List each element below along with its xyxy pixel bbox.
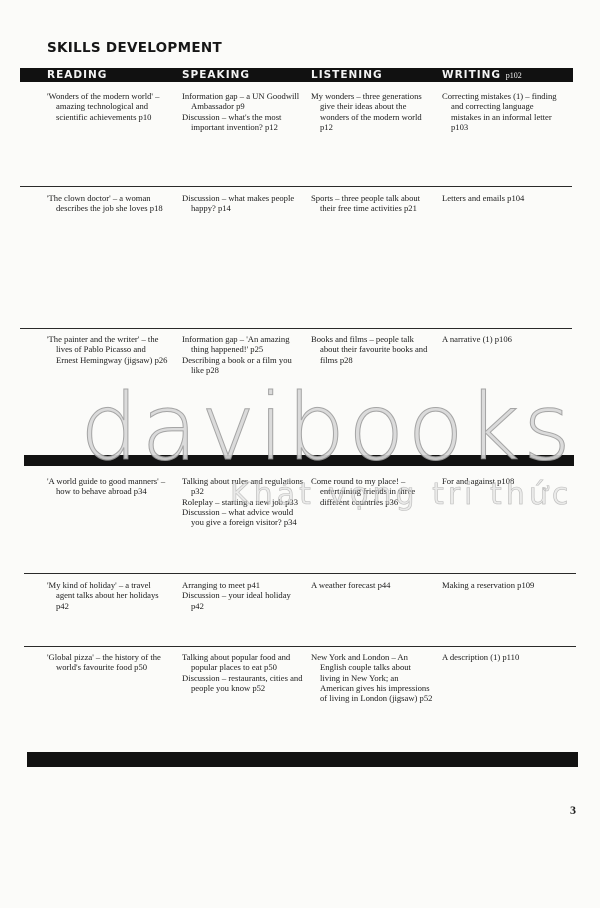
watermark-tagline: Khát vọng tri thức	[230, 480, 572, 510]
section-title: SKILLS DEVELOPMENT	[47, 40, 222, 56]
column-header-bar: READING SPEAKING LISTENING WRITING p102	[20, 68, 573, 82]
entry-text: Books and films – people talk about thei…	[311, 334, 433, 365]
cell-listening: Sports – three people talk about their f…	[311, 193, 433, 214]
cell-reading: 'Global pizza' – the history of the worl…	[47, 652, 169, 673]
entry-text: 'The clown doctor' – a woman describes t…	[47, 193, 169, 214]
entry-text: My wonders – three generations give thei…	[311, 91, 433, 132]
column-header-reading: READING	[47, 68, 107, 82]
entry-text: A narrative (1) p106	[442, 334, 564, 344]
entry-text: 'The painter and the writer' – the lives…	[47, 334, 169, 365]
cell-writing: Making a reservation p109	[442, 580, 564, 590]
row-divider	[24, 646, 576, 647]
footer-bar	[27, 752, 578, 767]
cell-writing: Correcting mistakes (1) – finding and co…	[442, 91, 564, 132]
cell-listening: A weather forecast p44	[311, 580, 433, 590]
cell-reading: 'The painter and the writer' – the lives…	[47, 334, 169, 365]
cell-listening: New York and London – An English couple …	[311, 652, 433, 703]
entry-text: 'Global pizza' – the history of the worl…	[47, 652, 169, 673]
entry-text: Discussion – restaurants, cities and peo…	[182, 673, 304, 694]
entry-text: Correcting mistakes (1) – finding and co…	[442, 91, 564, 132]
page-number: 3	[570, 803, 576, 818]
cell-reading: 'Wonders of the modern world' – amazing …	[47, 91, 169, 122]
entry-text: Describing a book or a film you like p28	[182, 355, 304, 376]
watermark-brand: davibooks	[80, 383, 574, 473]
cell-speaking: Information gap – 'An amazing thing happ…	[182, 334, 304, 375]
entry-text: Letters and emails p104	[442, 193, 564, 203]
cell-speaking: Information gap – a UN Goodwill Ambassad…	[182, 91, 304, 132]
entry-text: Talking about popular food and popular p…	[182, 652, 304, 673]
entry-text: 'Wonders of the modern world' – amazing …	[47, 91, 169, 122]
cell-speaking: Arranging to meet p41Discussion – your i…	[182, 580, 304, 611]
entry-text: Discussion – what's the most important i…	[182, 112, 304, 133]
entry-text: Discussion – what makes people happy? p1…	[182, 193, 304, 214]
cell-speaking: Talking about popular food and popular p…	[182, 652, 304, 693]
entry-text: Information gap – 'An amazing thing happ…	[182, 334, 304, 355]
entry-text: New York and London – An English couple …	[311, 652, 433, 703]
entry-text: A description (1) p110	[442, 652, 564, 662]
entry-text: Arranging to meet p41	[182, 580, 304, 590]
cell-writing: A narrative (1) p106	[442, 334, 564, 344]
cell-reading: 'My kind of holiday' – a travel agent ta…	[47, 580, 169, 611]
column-header-speaking: SPEAKING	[182, 68, 250, 82]
entry-text: A weather forecast p44	[311, 580, 433, 590]
row-divider	[24, 573, 576, 574]
entry-text: Making a reservation p109	[442, 580, 564, 590]
cell-writing: A description (1) p110	[442, 652, 564, 662]
cell-speaking: Discussion – what makes people happy? p1…	[182, 193, 304, 214]
entry-text: Sports – three people talk about their f…	[311, 193, 433, 214]
cell-listening: My wonders – three generations give thei…	[311, 91, 433, 132]
row-divider	[20, 328, 572, 329]
entry-text: Information gap – a UN Goodwill Ambassad…	[182, 91, 304, 112]
column-header-listening: LISTENING	[311, 68, 383, 82]
entry-text: Discussion – your ideal holiday p42	[182, 590, 304, 611]
cell-reading: 'The clown doctor' – a woman describes t…	[47, 193, 169, 214]
column-header-writing: WRITING p102	[442, 68, 522, 82]
cell-writing: Letters and emails p104	[442, 193, 564, 203]
cell-listening: Books and films – people talk about thei…	[311, 334, 433, 365]
entry-text: 'My kind of holiday' – a travel agent ta…	[47, 580, 169, 611]
row-divider	[20, 186, 572, 187]
